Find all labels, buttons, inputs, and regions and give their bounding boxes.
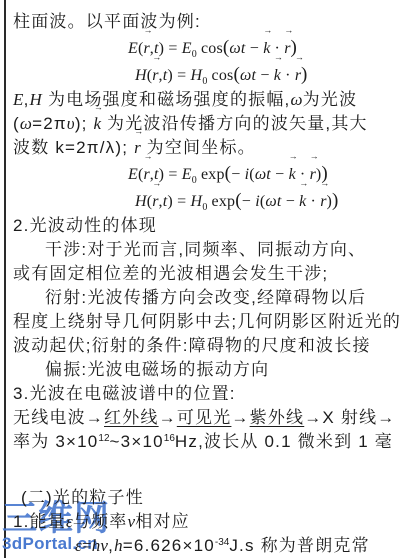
vector-arrow-icon: → bbox=[94, 103, 104, 112]
vector-symbol: →r bbox=[320, 188, 326, 215]
text-run: H bbox=[30, 90, 42, 109]
text-run: 波动起伏;衍射的条件:障碍物的尺度和波长接 bbox=[13, 336, 371, 355]
line-frequency-range: 率为 3×1012~3×1016Hz,波长从 0.1 微米到 1 毫 bbox=[13, 430, 407, 454]
line-energy-frequency: 1.能量ε与频率ν相对应 bbox=[13, 510, 407, 534]
text-run: ωt bbox=[229, 40, 245, 57]
text-run: Hz,波长从 0.1 微米到 1 毫 bbox=[175, 432, 393, 451]
vector-symbol: →k bbox=[289, 161, 296, 188]
text-run: → bbox=[231, 408, 249, 427]
text-run: ω bbox=[290, 90, 302, 109]
text-run: H bbox=[191, 193, 203, 210]
text-run: ) = bbox=[159, 166, 182, 183]
formula-H-cos: H(→r,t) = H0 cos(ωt − →k · →r) bbox=[13, 61, 407, 88]
text-run: ( bbox=[13, 114, 20, 133]
text-run: 或有固定相位差的光波相遇会发生干涉; bbox=[13, 264, 328, 283]
text-run: ε bbox=[75, 536, 82, 555]
line-planck-formula: ε=hν,h=6.626×10-34J.s 称为普朗克常 bbox=[13, 534, 407, 558]
text-run: ) = bbox=[167, 67, 190, 84]
text-run: 率为 3×10 bbox=[13, 432, 98, 451]
text-run: hν bbox=[92, 536, 108, 555]
document-page: 三维网 3dPortal.cn 柱面波。以平面波为例:E(→r,t) = E0 … bbox=[0, 0, 407, 558]
line-polarization: 偏振:光波电磁场的振动方向 bbox=[13, 358, 407, 382]
heading-spectrum: 3.光波在电磁波谱中的位置: bbox=[13, 382, 407, 406]
text-run: 3.光波在电磁波谱中的位置: bbox=[13, 384, 236, 403]
vector-arrow-icon: → bbox=[299, 179, 308, 188]
heading-wave-nature: 2.光波动性的体现 bbox=[13, 214, 407, 238]
text-run: 波数 k=2π/λ); bbox=[13, 138, 128, 157]
vector-arrow-icon: → bbox=[152, 179, 160, 188]
text-run: ε bbox=[66, 512, 73, 531]
vector-symbol: →r bbox=[152, 188, 158, 215]
formula-E-cos: E(→r,t) = E0 cos(ωt − →k · →r) bbox=[13, 34, 407, 61]
text-run: 0 bbox=[192, 175, 197, 186]
vector-arrow-icon: → bbox=[310, 152, 318, 161]
vector-symbol: →r bbox=[295, 62, 301, 89]
text-run: H bbox=[191, 67, 203, 84]
vector-symbol: →k bbox=[94, 112, 102, 136]
vector-arrow-icon: → bbox=[284, 26, 292, 35]
vector-arrow-icon: → bbox=[274, 53, 283, 62]
text-run: H bbox=[135, 67, 147, 84]
text-run: -34 bbox=[215, 537, 229, 548]
text-run: H bbox=[135, 193, 147, 210]
formula-H-exp: H(→r,t) = H0 exp(− i(ωt − →k · →r)) bbox=[13, 187, 407, 214]
text-run: ωt bbox=[240, 67, 256, 84]
text-run: − bbox=[271, 166, 289, 183]
line-spectrum-sequence: 无线电波→红外线→可见光→紫外线→X 射线→ bbox=[13, 406, 407, 430]
line-plane-wave-intro: 柱面波。以平面波为例: bbox=[13, 10, 407, 34]
text-run: 为光波 bbox=[303, 90, 358, 109]
text-run: 偏振:光波电磁场的振动方向 bbox=[45, 360, 269, 379]
text-run: − bbox=[231, 166, 244, 183]
text-run: 为电场强度和磁场强度的振幅, bbox=[42, 90, 290, 109]
vector-arrow-icon: → bbox=[152, 53, 160, 62]
text-run: − bbox=[282, 193, 300, 210]
text-run: exp bbox=[207, 193, 235, 210]
line-diffraction-2: 程度上绕射导几何阴影中去;几何阴影区附近光的 bbox=[13, 310, 407, 334]
text-run: cos bbox=[197, 40, 223, 57]
text-run: − bbox=[242, 193, 255, 210]
text-run: υ bbox=[67, 114, 75, 133]
text-run: 可见光 bbox=[177, 408, 232, 427]
text-run: E bbox=[13, 90, 24, 109]
text-run: 衍射:光波传播方向会改变,经障碍物以后 bbox=[45, 288, 366, 307]
vector-symbol: →k bbox=[274, 62, 281, 89]
text-run: E bbox=[128, 40, 138, 57]
text-run: · bbox=[281, 67, 295, 84]
text-run: 柱面波。以平面波为例: bbox=[13, 12, 201, 31]
text-run: ) = bbox=[159, 40, 182, 57]
text-run: 0 bbox=[202, 76, 207, 87]
formula-E-exp: E(→r,t) = E0 exp(− i(ωt − →k · →r)) bbox=[13, 160, 407, 187]
text-run: ωt bbox=[255, 166, 271, 183]
vector-symbol: →k bbox=[299, 188, 306, 215]
text-run: E bbox=[182, 166, 192, 183]
heading-particle-nature: (二)光的粒子性 bbox=[13, 486, 407, 510]
text-run: 干涉:对于光而言,同频率、同振动方向、 bbox=[45, 240, 366, 259]
text-run: (二)光的粒子性 bbox=[21, 488, 144, 507]
text-run: 0 bbox=[202, 202, 207, 213]
vector-arrow-icon: → bbox=[289, 152, 298, 161]
vector-arrow-icon: → bbox=[134, 127, 143, 136]
text-run: − bbox=[246, 40, 264, 57]
text-run: ~3×10 bbox=[110, 432, 164, 451]
line-interference-1: 干涉:对于光而言,同频率、同振动方向、 bbox=[13, 238, 407, 262]
text-run: ) bbox=[301, 64, 308, 85]
text-run: · bbox=[306, 193, 320, 210]
text-run: 0 bbox=[192, 49, 197, 60]
text-run: 与频率 bbox=[73, 512, 128, 531]
text-run: 为空间坐标。 bbox=[141, 138, 256, 157]
line-diffraction-3: 波动起伏;衍射的条件:障碍物的尺度和波长接 bbox=[13, 334, 407, 358]
text-run: =2π bbox=[32, 114, 67, 133]
text-run: 1.能量 bbox=[13, 512, 66, 531]
vector-arrow-icon: → bbox=[144, 26, 152, 35]
text-run: h bbox=[114, 536, 123, 555]
text-run: − bbox=[256, 67, 274, 84]
vector-arrow-icon: → bbox=[320, 179, 328, 188]
text-run: →X 射线→ bbox=[304, 408, 395, 427]
text-run: ) = bbox=[167, 193, 190, 210]
vector-symbol: →r bbox=[152, 62, 158, 89]
document-content: 柱面波。以平面波为例:E(→r,t) = E0 cos(ωt − →k · →r… bbox=[13, 10, 407, 558]
text-run: 2.光波动性的体现 bbox=[13, 216, 157, 235]
vector-symbol: →k bbox=[263, 35, 270, 62]
vector-symbol: →r bbox=[310, 161, 316, 188]
text-run: exp bbox=[197, 166, 225, 183]
text-run: ωt bbox=[265, 193, 281, 210]
vector-arrow-icon: → bbox=[295, 53, 303, 62]
text-run: 相对应 bbox=[135, 512, 190, 531]
text-run: 程度上绕射导几何阴影中去;几何阴影区附近光的 bbox=[13, 312, 401, 331]
line-omega-def: (ω=2πυ); →k 为光波沿传播方向的波矢量,其大 bbox=[13, 112, 407, 136]
text-run: E bbox=[128, 166, 138, 183]
page-border-left bbox=[4, 0, 6, 558]
vector-arrow-icon: → bbox=[144, 152, 152, 161]
text-run: 紫外线 bbox=[250, 408, 305, 427]
text-run: cos bbox=[207, 67, 233, 84]
line-wavenumber-def: 波数 k=2π/λ); →r 为空间坐标。 bbox=[13, 136, 407, 160]
line-amplitude-desc: E,H 为电场强度和磁场强度的振幅,ω为光波 bbox=[13, 88, 407, 112]
text-run: → bbox=[159, 408, 177, 427]
text-run: =6.626×10 bbox=[123, 536, 215, 555]
line-interference-2: 或有固定相位差的光波相遇会发生干涉; bbox=[13, 262, 407, 286]
line-diffraction-1: 衍射:光波传播方向会改变,经障碍物以后 bbox=[13, 286, 407, 310]
text-run: E bbox=[182, 40, 192, 57]
text-run: ); bbox=[75, 114, 88, 133]
vector-symbol: →r bbox=[144, 161, 150, 188]
text-run: 无线电波→ bbox=[13, 408, 104, 427]
text-run: ω bbox=[20, 114, 32, 133]
text-run: 12 bbox=[98, 433, 109, 444]
text-run: 16 bbox=[164, 433, 175, 444]
text-run: 红外线 bbox=[104, 408, 159, 427]
text-run: = bbox=[82, 536, 92, 555]
text-run: ) bbox=[332, 190, 339, 211]
vector-symbol: →r bbox=[284, 35, 290, 62]
vector-symbol: →r bbox=[144, 35, 150, 62]
vector-arrow-icon: → bbox=[263, 26, 272, 35]
text-run: J.s 称为普朗克常 bbox=[229, 536, 369, 555]
vector-symbol: →r bbox=[134, 136, 141, 160]
